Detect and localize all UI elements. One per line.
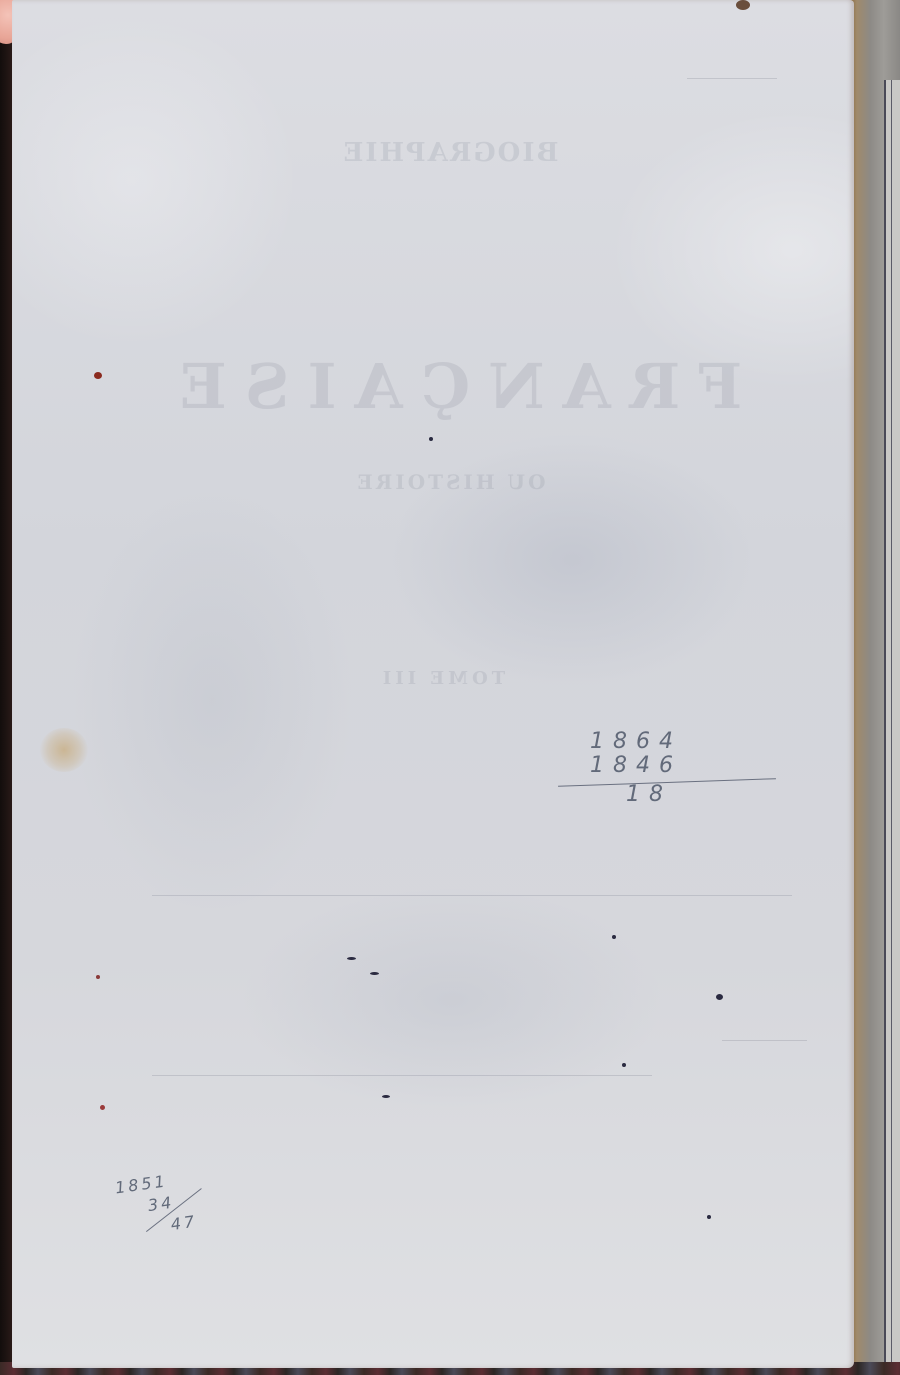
show-through-rule — [687, 78, 777, 79]
ink-speck — [382, 1095, 390, 1098]
ink-speck — [707, 1215, 711, 1219]
book-photograph: BIOGRAPHIE FRANÇAISE OU HISTOIRE TOME II… — [0, 0, 900, 1375]
ink-speck — [612, 935, 616, 939]
show-through-rule — [152, 895, 792, 896]
facing-page-edge — [884, 80, 900, 1375]
ink-speck — [370, 972, 379, 975]
pencil-subtraction: 1864 1846 18 — [590, 730, 682, 778]
show-through-heading: BIOGRAPHIE — [330, 138, 570, 168]
show-through-title: FRANÇAISE — [92, 350, 812, 423]
pencil-subtrahend: 1846 — [590, 754, 682, 778]
show-through-volume: TOME III — [342, 668, 542, 689]
ink-speck — [347, 957, 356, 960]
ink-speck — [622, 1063, 626, 1067]
red-speck — [100, 1105, 105, 1110]
foxing-stain — [40, 728, 88, 772]
ink-speck — [429, 437, 433, 441]
show-through-subtitle: OU HISTOIRE — [330, 470, 570, 494]
pencil-margin-note: 1851 34 47 — [114, 1167, 199, 1243]
pencil-result: 18 — [626, 782, 672, 807]
ink-speck — [716, 994, 723, 1000]
show-through-rule — [722, 1040, 807, 1041]
show-through-rule — [152, 1075, 652, 1076]
page-wormhole — [736, 0, 750, 10]
red-speck — [94, 372, 102, 379]
red-speck — [96, 975, 100, 979]
pencil-minuend: 1864 — [590, 730, 682, 754]
flyleaf-page: BIOGRAPHIE FRANÇAISE OU HISTOIRE TOME II… — [12, 0, 854, 1368]
